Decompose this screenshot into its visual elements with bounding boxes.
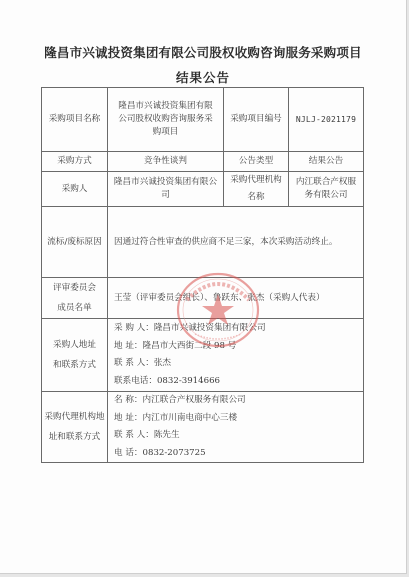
label-project-name: 采购项目名称 [42, 88, 108, 152]
agency-address-line: 地 址：内江市川南电商中心三楼 [114, 410, 361, 428]
label-committee-line1: 评审委员会 [44, 278, 105, 298]
table-row-purchaser-contact: 采购人地址 和联系方式 采 购 人：隆昌市兴诚投资集团有限公司 地 址：隆昌市大… [42, 319, 364, 392]
table-row-agency-contact: 采购代理机构地 址和联系方式 名 称：内江联合产权服务有限公司 地 址：内江市川… [42, 392, 364, 463]
purchaser-address-line: 地 址：隆昌市大西街二段 98 号 [114, 338, 361, 356]
purchaser-contact-person-line: 联 系 人：张杰 [114, 355, 361, 373]
label-committee: 评审委员会 成员名单 [42, 278, 108, 319]
value-committee: 王莹（评审委员会组长）、鲁跃东、张杰（采购人代表） [108, 278, 364, 319]
label-committee-line2: 成员名单 [44, 298, 105, 318]
value-procurement-method: 竞争性谈判 [108, 152, 224, 172]
announcement-table: 采购项目名称 隆昌市兴诚投资集团有限公司股权收购咨询服务采购项目 采购项目编号 … [41, 87, 364, 463]
label-purchaser-contact-line1: 采购人地址 [44, 335, 105, 355]
label-agency-contact: 采购代理机构地 址和联系方式 [42, 392, 108, 463]
value-agency-contact: 名 称：内江联合产权服务有限公司 地 址：内江市川南电商中心三楼 联 系 人：陈… [108, 392, 364, 463]
label-purchaser: 采购人 [42, 172, 108, 207]
agency-contact-person-line: 联 系 人：陈先生 [114, 427, 361, 445]
agency-phone-line: 电 话：0832-2073725 [114, 445, 361, 463]
value-project-number: NJLJ-2021179 [289, 88, 364, 152]
value-failure-reason: 因通过符合性审查的供应商不足三家，本次采购活动终止。 [108, 207, 364, 278]
purchaser-phone-line: 联系电话：0832-3914666 [114, 373, 361, 391]
document-title: 隆昌市兴诚投资集团有限公司股权收购咨询服务采购项目 [0, 43, 406, 61]
table-row-purchaser: 采购人 隆昌市兴诚投资集团有限公司 采购代理机构名称 内江联合产权服务有限公司 [42, 172, 364, 207]
value-purchaser-contact: 采 购 人：隆昌市兴诚投资集团有限公司 地 址：隆昌市大西街二段 98 号 联 … [108, 319, 364, 392]
purchaser-name-line: 采 购 人：隆昌市兴诚投资集团有限公司 [114, 320, 361, 338]
value-agency-name: 内江联合产权服务有限公司 [289, 172, 364, 207]
label-agency-contact-line1: 采购代理机构地 [44, 407, 105, 427]
value-purchaser: 隆昌市兴诚投资集团有限公司 [108, 172, 224, 207]
label-procurement-method: 采购方式 [42, 152, 108, 172]
table-row-failure-reason: 流标/废标原因 因通过符合性审查的供应商不足三家，本次采购活动终止。 [42, 207, 364, 278]
label-agency-contact-line2: 址和联系方式 [44, 427, 105, 447]
label-purchaser-contact-line2: 和联系方式 [44, 355, 105, 375]
table-row-procurement-method: 采购方式 竞争性谈判 公告类型 结果公告 [42, 152, 364, 172]
table-row-committee: 评审委员会 成员名单 王莹（评审委员会组长）、鲁跃东、张杰（采购人代表） [42, 278, 364, 319]
agency-name-line: 名 称：内江联合产权服务有限公司 [114, 392, 361, 410]
value-project-name: 隆昌市兴诚投资集团有限公司股权收购咨询服务采购项目 [108, 88, 224, 152]
table-row-project-name: 采购项目名称 隆昌市兴诚投资集团有限公司股权收购咨询服务采购项目 采购项目编号 … [42, 88, 364, 152]
label-failure-reason: 流标/废标原因 [42, 207, 108, 278]
label-purchaser-contact: 采购人地址 和联系方式 [42, 319, 108, 392]
label-agency-name: 采购代理机构名称 [224, 172, 289, 207]
label-project-number: 采购项目编号 [224, 88, 289, 152]
label-announcement-type: 公告类型 [224, 152, 289, 172]
value-announcement-type: 结果公告 [289, 152, 364, 172]
document-subtitle: 结果公告 [0, 68, 406, 86]
document-page: 隆昌市兴诚投资集团有限公司股权收购咨询服务采购项目 结果公告 采购项目名称 隆昌… [0, 0, 407, 574]
